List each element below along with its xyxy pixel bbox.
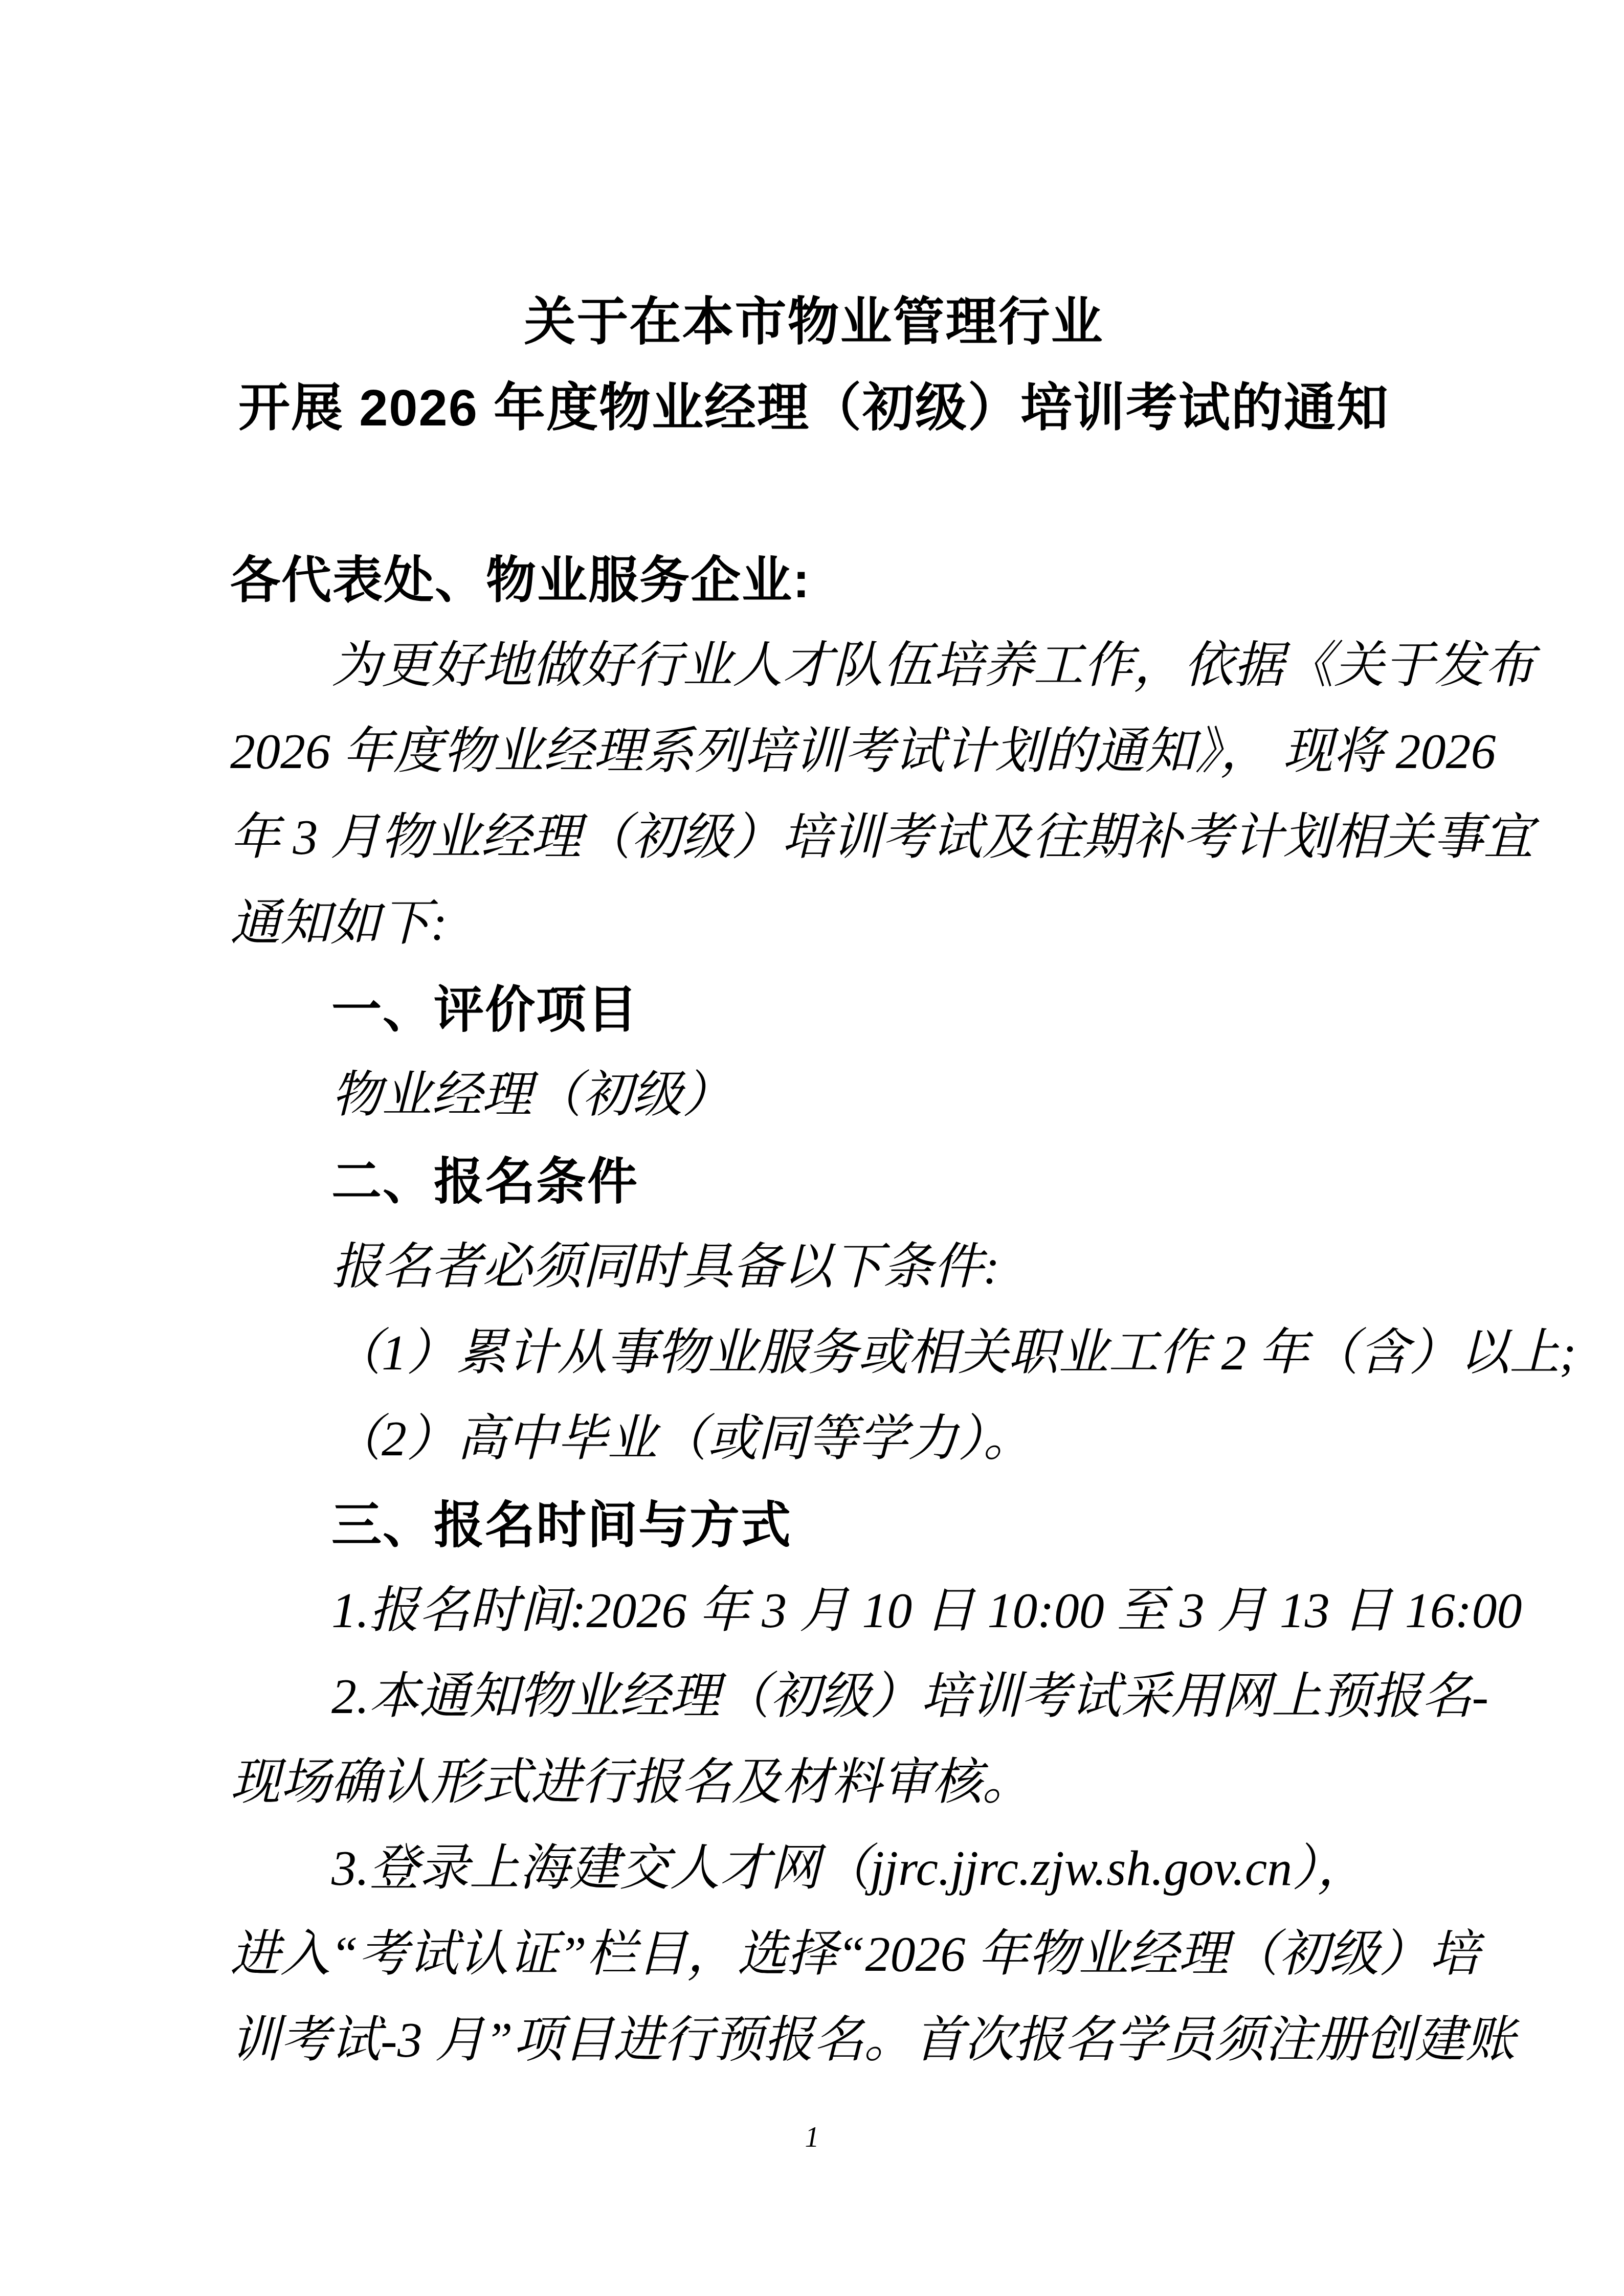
- para-intro-1: 为更好地做好行业人才队伍培养工作，依据《关于发布: [230, 623, 1397, 709]
- para-conditions-intro: 报名者必须同时具备以下条件:: [230, 1224, 1397, 1310]
- para-condition-2: （2）高中毕业（或同等学力）。: [230, 1396, 1397, 1482]
- para-method-2-line-1: 2.本通知物业经理（初级）培训考试采用网上预报名-: [230, 1654, 1397, 1740]
- title-body-spacer: [230, 451, 1397, 537]
- section-heading-evaluation-project: 一、评价项目: [230, 966, 1397, 1052]
- para-method-3-line-3: 训考试-3 月”项目进行预报名。首次报名学员须注册创建账: [230, 1997, 1397, 2083]
- title-line-1: 关于在本市物业管理行业: [230, 279, 1397, 365]
- para-intro-2: 2026 年度物业经理系列培训考试计划的通知》， 现将 2026: [230, 709, 1397, 795]
- section-heading-registration-time-method: 三、报名时间与方式: [230, 1482, 1397, 1568]
- para-registration-time: 1.报名时间:2026 年 3 月 10 日 10:00 至 3 月 13 日 …: [230, 1568, 1397, 1654]
- document-page: 关于在本市物业管理行业 开展 2026 年度物业经理（初级）培训考试的通知 各代…: [0, 0, 1624, 2296]
- para-intro-4: 通知如下:: [230, 881, 1397, 966]
- page-number: 1: [0, 2121, 1624, 2154]
- para-method-3-line-2: 进入“考试认证”栏目，选择“2026 年物业经理（初级）培: [230, 1911, 1397, 1997]
- para-condition-1: （1）累计从事物业服务或相关职业工作 2 年（含）以上;: [230, 1310, 1397, 1396]
- para-method-2-line-2: 现场确认形式进行报名及材料审核。: [230, 1740, 1397, 1826]
- document-content: 关于在本市物业管理行业 开展 2026 年度物业经理（初级）培训考试的通知 各代…: [230, 279, 1397, 2083]
- para-method-3-line-1: 3.登录上海建交人才网（jjrc.jjrc.zjw.sh.gov.cn），: [230, 1826, 1397, 1911]
- para-project-name: 物业经理（初级）: [230, 1052, 1397, 1138]
- section-heading-registration-conditions: 二、报名条件: [230, 1138, 1397, 1224]
- title-line-2: 开展 2026 年度物业经理（初级）培训考试的通知: [230, 365, 1397, 451]
- para-intro-3: 年 3 月物业经理（初级）培训考试及往期补考计划相关事宜: [230, 795, 1397, 881]
- salutation: 各代表处、物业服务企业:: [230, 537, 1397, 623]
